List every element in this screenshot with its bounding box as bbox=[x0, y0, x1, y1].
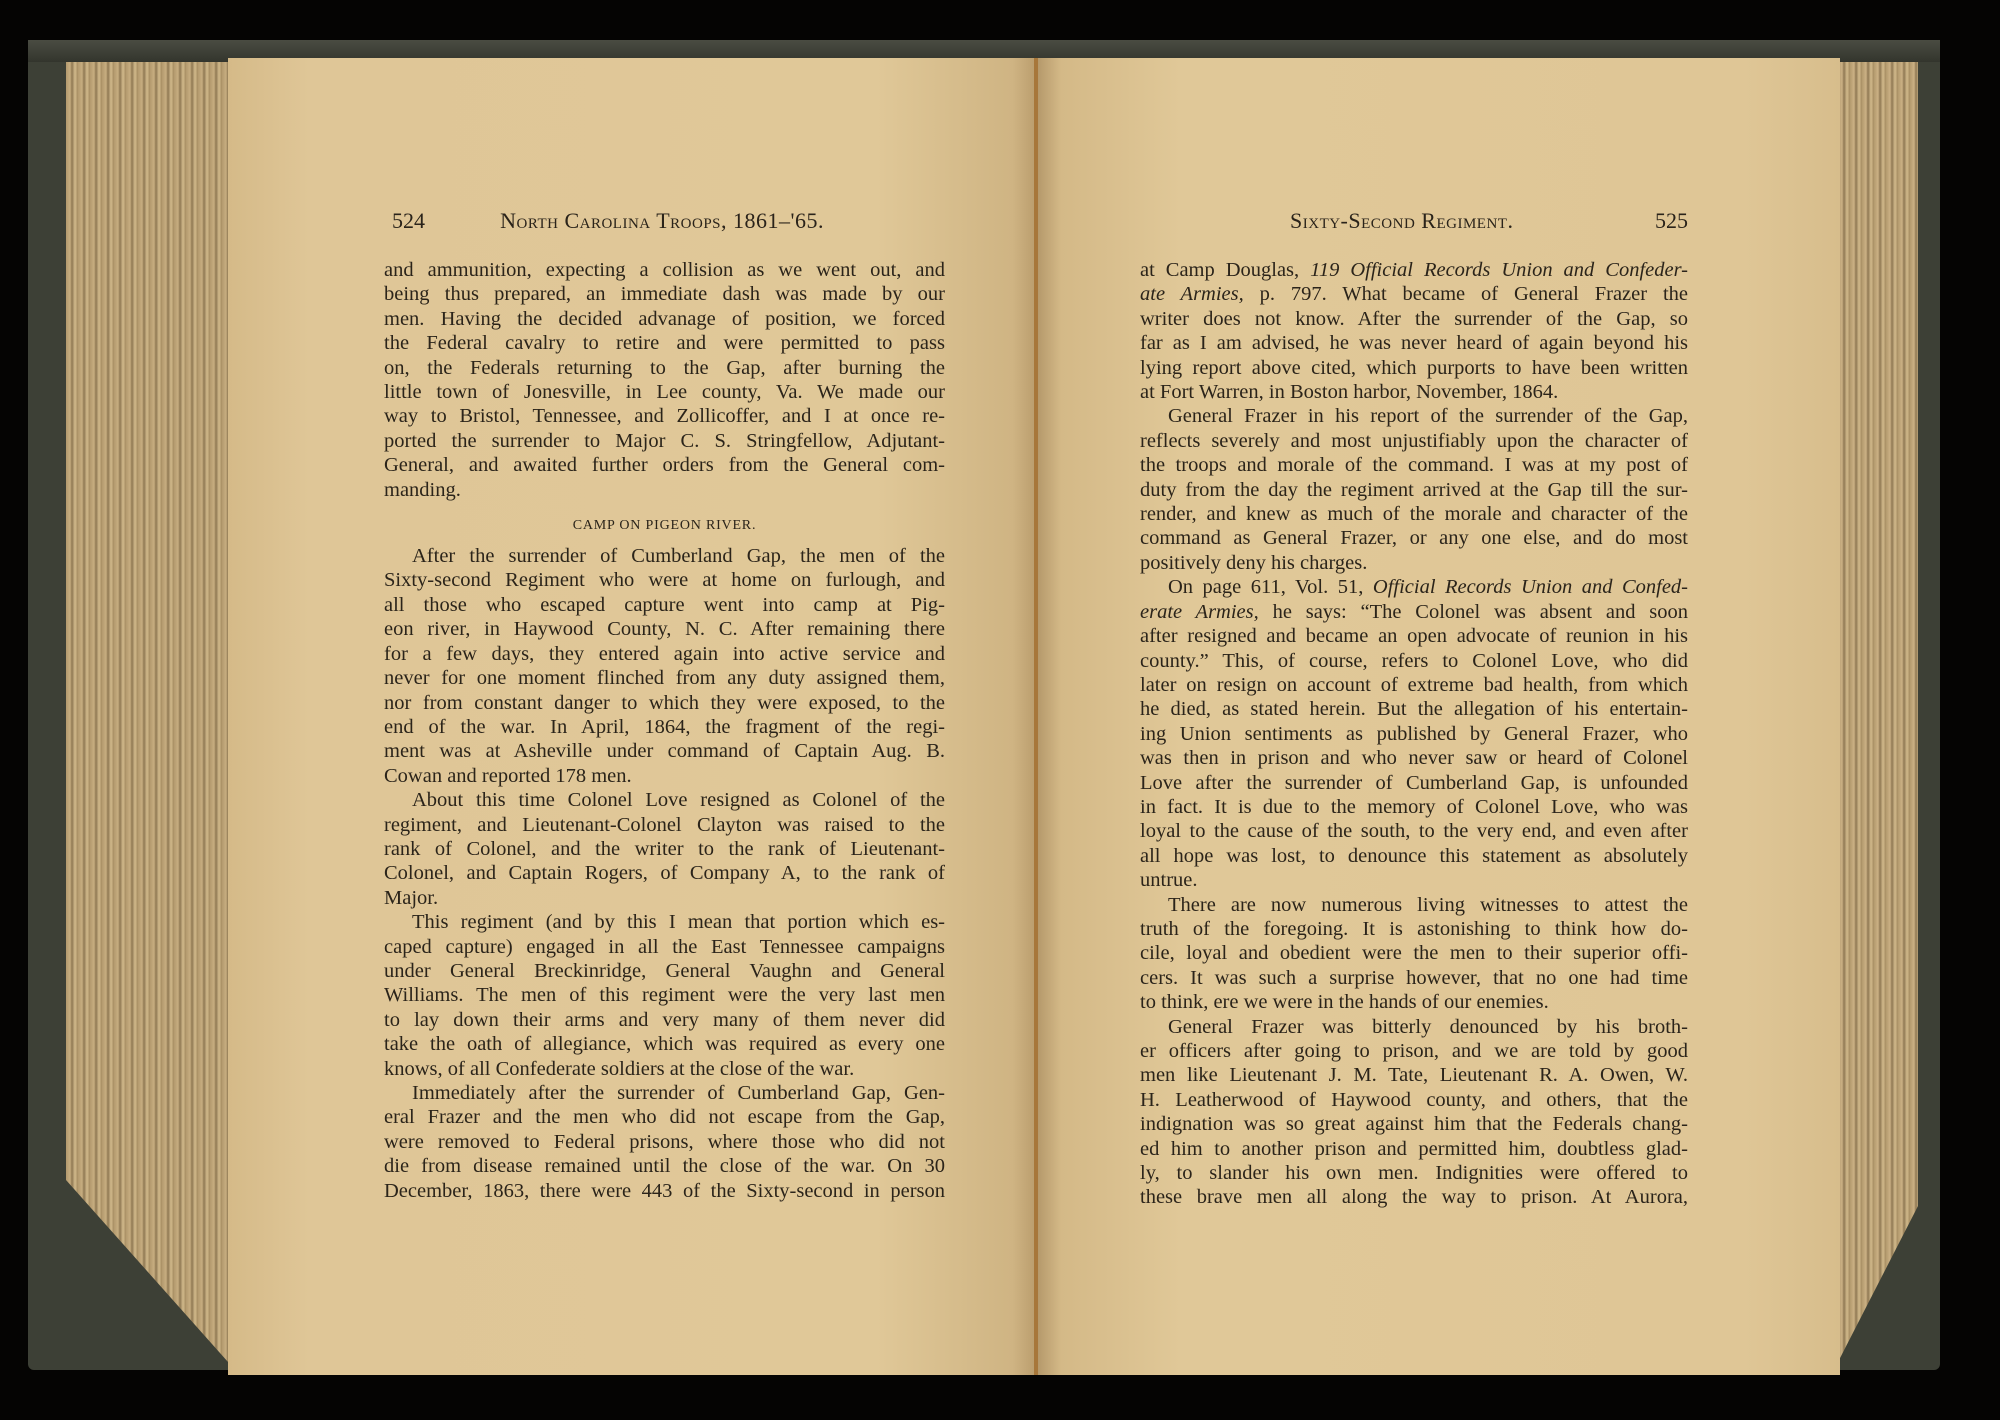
text-line: cers. It was such a surprise however, th… bbox=[1140, 966, 1688, 990]
text-line: men. Having the decided advanage of posi… bbox=[384, 307, 945, 331]
text-line: Immediately after the surrender of Cumbe… bbox=[384, 1081, 945, 1105]
paragraph: About this time Colonel Love resigned as… bbox=[384, 788, 945, 910]
text-line: cile, loyal and obedient were the men to… bbox=[1140, 941, 1688, 965]
text-line: Love after the surrender of Cumberland G… bbox=[1140, 771, 1688, 795]
text-line: on, the Federals returning to the Gap, a… bbox=[384, 356, 945, 380]
text-line: take the oath of allegiance, which was r… bbox=[384, 1032, 945, 1056]
text-line: ment was at Asheville under command of C… bbox=[384, 739, 945, 763]
text-line: Sixty-second Regiment who were at home o… bbox=[384, 568, 945, 592]
text-line: these brave men all along the way to pri… bbox=[1140, 1185, 1688, 1209]
text-line: Colonel, and Captain Rogers, of Company … bbox=[384, 861, 945, 885]
page-stack-right-edge bbox=[1838, 62, 1918, 1362]
text-line: Williams. The men of this regiment were … bbox=[384, 983, 945, 1007]
text-line: to think, ere we were in the hands of ou… bbox=[1140, 990, 1688, 1014]
text-line: all those who escaped capture went into … bbox=[384, 593, 945, 617]
left-running-title: North Carolina Troops, 1861–'65. bbox=[500, 208, 824, 234]
text-line: the troops and morale of the command. I … bbox=[1140, 453, 1688, 477]
right-page-body: at Camp Douglas, 119 Official Records Un… bbox=[1140, 258, 1688, 1210]
text-line: duty from the day the regiment arrived a… bbox=[1140, 478, 1688, 502]
text-line: after resigned and became an open advoca… bbox=[1140, 624, 1688, 648]
text-line: county.” This, of course, refers to Colo… bbox=[1140, 649, 1688, 673]
paragraph: and ammunition, expecting a collision as… bbox=[384, 258, 945, 502]
text-line: ported the surrender to Major C. S. Stri… bbox=[384, 429, 945, 453]
text-line: ly, to slander his own men. Indignities … bbox=[1140, 1161, 1688, 1185]
text-line: at Fort Warren, in Boston harbor, Novemb… bbox=[1140, 380, 1688, 404]
text-line: die from disease remained until the clos… bbox=[384, 1154, 945, 1178]
text-line: This regiment (and by this I mean that p… bbox=[384, 910, 945, 934]
section-body: After the surrender of Cumberland Gap, t… bbox=[384, 544, 945, 1203]
text-line: far as I am advised, he was never heard … bbox=[1140, 331, 1688, 355]
text-line: lying report above cited, which purports… bbox=[1140, 356, 1688, 380]
text-line: indignation was so great against him tha… bbox=[1140, 1112, 1688, 1136]
text-line: loyal to the cause of the south, to the … bbox=[1140, 819, 1688, 843]
right-page-number: 525 bbox=[1655, 208, 1688, 234]
text-line: truth of the foregoing. It is astonishin… bbox=[1140, 917, 1688, 941]
text-line: men like Lieutenant J. M. Tate, Lieutena… bbox=[1140, 1063, 1688, 1087]
text-line: later on resign on account of extreme ba… bbox=[1140, 673, 1688, 697]
text-line: On page 611, Vol. 51, Official Records U… bbox=[1140, 575, 1688, 599]
paragraph: This regiment (and by this I mean that p… bbox=[384, 910, 945, 1081]
paragraph: After the surrender of Cumberland Gap, t… bbox=[384, 544, 945, 788]
text-line: untrue. bbox=[1140, 868, 1688, 892]
left-page-number: 524 bbox=[392, 208, 425, 234]
book-gutter bbox=[1034, 58, 1038, 1375]
text-line: er officers after going to prison, and w… bbox=[1140, 1039, 1688, 1063]
text-line: he died, as stated herein. But the alleg… bbox=[1140, 697, 1688, 721]
paragraph: General Frazer was bitterly denounced by… bbox=[1140, 1015, 1688, 1210]
text-line: caped capture) engaged in all the East T… bbox=[384, 935, 945, 959]
page-stack-left-edge bbox=[66, 62, 228, 1362]
text-line: rank of Colonel, and the writer to the r… bbox=[384, 837, 945, 861]
section-heading: CAMP ON PIGEON RIVER. bbox=[384, 516, 945, 536]
text-line: General Frazer was bitterly denounced by… bbox=[1140, 1015, 1688, 1039]
text-line: manding. bbox=[384, 478, 945, 502]
text-line: to lay down their arms and very many of … bbox=[384, 1008, 945, 1032]
text-line: General Frazer in his report of the surr… bbox=[1140, 404, 1688, 428]
text-line: in fact. It is due to the memory of Colo… bbox=[1140, 795, 1688, 819]
right-running-title: Sixty-Second Regiment. bbox=[1290, 208, 1513, 234]
text-line: eon river, in Haywood County, N. C. Afte… bbox=[384, 617, 945, 641]
paragraph: General Frazer in his report of the surr… bbox=[1140, 404, 1688, 575]
text-line: render, and knew as much of the morale a… bbox=[1140, 502, 1688, 526]
paragraph: On page 611, Vol. 51, Official Records U… bbox=[1140, 575, 1688, 892]
text-line: After the surrender of Cumberland Gap, t… bbox=[384, 544, 945, 568]
text-line: little town of Jonesville, in Lee county… bbox=[384, 380, 945, 404]
text-line: About this time Colonel Love resigned as… bbox=[384, 788, 945, 812]
text-line: December, 1863, there were 443 of the Si… bbox=[384, 1179, 945, 1203]
text-line: ing Union sentiments as published by Gen… bbox=[1140, 722, 1688, 746]
text-line: being thus prepared, an immediate dash w… bbox=[384, 282, 945, 306]
text-line: H. Leatherwood of Haywood county, and ot… bbox=[1140, 1088, 1688, 1112]
text-line: writer does not know. After the surrende… bbox=[1140, 307, 1688, 331]
left-running-head: 524 North Carolina Troops, 1861–'65. bbox=[392, 208, 944, 234]
left-page-body: and ammunition, expecting a collision as… bbox=[384, 258, 945, 1203]
text-line: positively deny his charges. bbox=[1140, 551, 1688, 575]
text-line: end of the war. In April, 1864, the frag… bbox=[384, 715, 945, 739]
paragraph: There are now numerous living witnesses … bbox=[1140, 893, 1688, 1015]
text-line: the Federal cavalry to retire and were p… bbox=[384, 331, 945, 355]
text-line: command as General Frazer, or any one el… bbox=[1140, 526, 1688, 550]
text-line: eral Frazer and the men who did not esca… bbox=[384, 1105, 945, 1129]
paragraph: Immediately after the surrender of Cumbe… bbox=[384, 1081, 945, 1203]
text-line: knows, of all Confederate soldiers at th… bbox=[384, 1057, 945, 1081]
text-line: for a few days, they entered again into … bbox=[384, 642, 945, 666]
text-line: way to Bristol, Tennessee, and Zollicoff… bbox=[384, 404, 945, 428]
right-running-head: Sixty-Second Regiment. 525 bbox=[1140, 208, 1688, 234]
text-line: reflects severely and most unjustifiably… bbox=[1140, 429, 1688, 453]
text-line: all hope was lost, to denounce this stat… bbox=[1140, 844, 1688, 868]
text-line: regiment, and Lieutenant-Colonel Clayton… bbox=[384, 813, 945, 837]
text-line: Cowan and reported 178 men. bbox=[384, 764, 945, 788]
text-line: nor from constant danger to which they w… bbox=[384, 691, 945, 715]
text-line: at Camp Douglas, 119 Official Records Un… bbox=[1140, 258, 1688, 282]
text-line: There are now numerous living witnesses … bbox=[1140, 893, 1688, 917]
text-line: were removed to Federal prisons, where t… bbox=[384, 1130, 945, 1154]
text-line: and ammunition, expecting a collision as… bbox=[384, 258, 945, 282]
text-line: was then in prison and who never saw or … bbox=[1140, 746, 1688, 770]
text-line: ate Armies, p. 797. What became of Gener… bbox=[1140, 282, 1688, 306]
text-line: under General Breckinridge, General Vaug… bbox=[384, 959, 945, 983]
paragraph: at Camp Douglas, 119 Official Records Un… bbox=[1140, 258, 1688, 404]
text-line: ed him to another prison and permitted h… bbox=[1140, 1137, 1688, 1161]
text-line: never for one moment flinched from any d… bbox=[384, 666, 945, 690]
text-line: General, and awaited further orders from… bbox=[384, 453, 945, 477]
text-line: Major. bbox=[384, 886, 945, 910]
text-line: erate Armies, he says: “The Colonel was … bbox=[1140, 600, 1688, 624]
